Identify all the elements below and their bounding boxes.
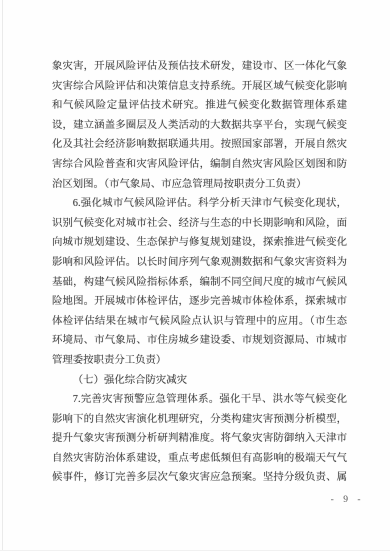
section-heading: （七）强化综合防灾减灾 <box>52 371 347 391</box>
document-page: 象灾害，开展风险评估及预估技术研发，建设市、区一体化气象灾害综合风险评估和决策信… <box>0 0 390 551</box>
document-body: 象灾害，开展风险评估及预估技术研发，建设市、区一体化气象灾害综合风险评估和决策信… <box>52 57 347 488</box>
scan-edge-left <box>2 0 3 551</box>
page-number: - 9 - <box>331 495 364 505</box>
paragraph: 6.强化城市气候风险评估。科学分析天津市气候变化现状，识别气候变化对城市社会、经… <box>52 194 347 370</box>
paragraph: 7.完善灾害预警应急管理体系。强化干旱、洪水等气候变化影响下的自然灾害演化机理研… <box>52 390 347 488</box>
paragraph: 象灾害，开展风险评估及预估技术研发，建设市、区一体化气象灾害综合风险评估和决策信… <box>52 57 347 194</box>
